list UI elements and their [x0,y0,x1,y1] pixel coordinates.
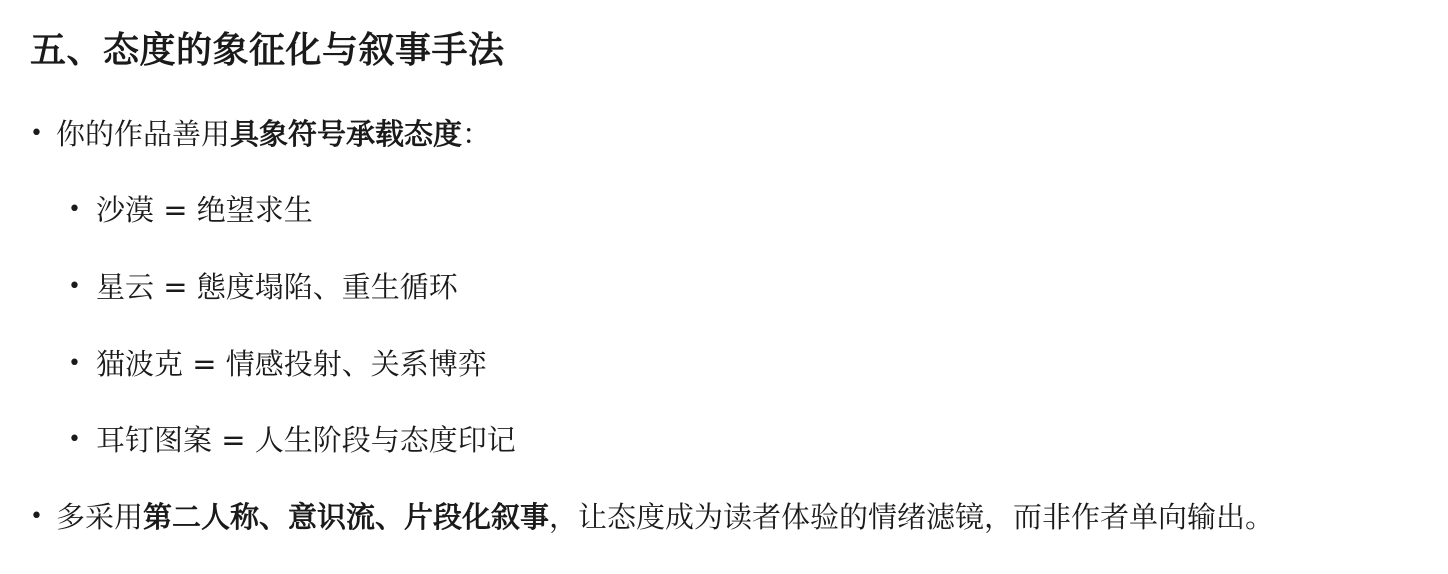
item-text: 星云 = 態度塌陷、重生循环 [96,270,458,304]
item-text-suffix: ： [462,117,491,151]
item-text-prefix: 你的作品善用 [56,117,230,151]
item-text: 耳钉图案 = 人生阶段与态度印记 [96,423,516,457]
item-text: 沙漠 = 绝望求生 [96,193,313,227]
sub-list-item-earring: •耳钉图案 = 人生阶段与态度印记 [68,420,516,460]
section-heading: 五、态度的象征化与叙事手法 [30,28,505,74]
item-text-bold: 第二人称、意识流、片段化叙事 [143,500,549,534]
bullet-icon: • [68,344,96,384]
bullet-icon: • [68,267,96,307]
item-text-suffix: ，让态度成为读者体验的情绪滤镜，而非作者单向输出。 [549,500,1274,534]
bullet-icon: • [30,497,56,537]
sub-list-item-nebula: •星云 = 態度塌陷、重生循环 [68,267,458,307]
item-text: 猫波克 = 情感投射、关系博弈 [96,347,487,381]
item-text-prefix: 多采用 [56,500,143,534]
sub-list-item-cat: •猫波克 = 情感投射、关系博弈 [68,344,487,384]
bullet-icon: • [68,190,96,230]
item-text-bold: 具象符号承载态度 [230,117,462,151]
list-item-narrative: •多采用第二人称、意识流、片段化叙事，让态度成为读者体验的情绪滤镜，而非作者单向… [30,497,1274,537]
bullet-icon: • [68,420,96,460]
sub-list-item-desert: •沙漠 = 绝望求生 [68,190,313,230]
list-item-symbols: •你的作品善用具象符号承载态度： [30,114,491,154]
bullet-icon: • [30,114,56,154]
